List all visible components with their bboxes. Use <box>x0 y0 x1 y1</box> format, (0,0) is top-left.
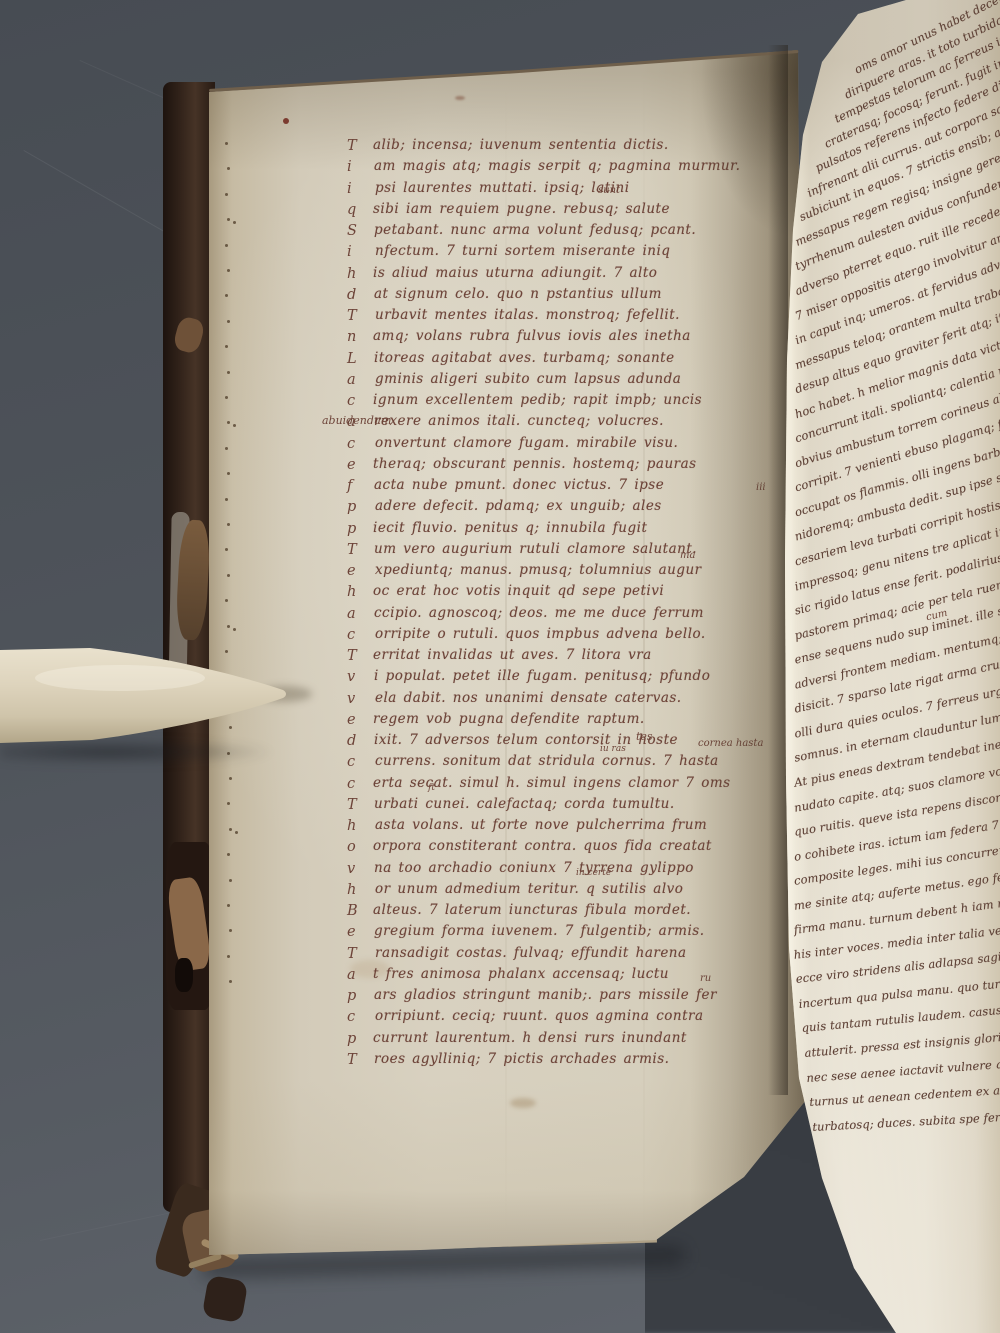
gutter-gap-shadow <box>768 45 788 1095</box>
manuscript-photo: Talib; incensa; iuvenum sententia dictis… <box>0 0 1000 1333</box>
gutter-shadow-top <box>700 40 810 240</box>
spine-tear-hole <box>175 958 193 992</box>
bone-folder-blade <box>0 648 286 743</box>
bone-folder-tool <box>0 630 300 760</box>
